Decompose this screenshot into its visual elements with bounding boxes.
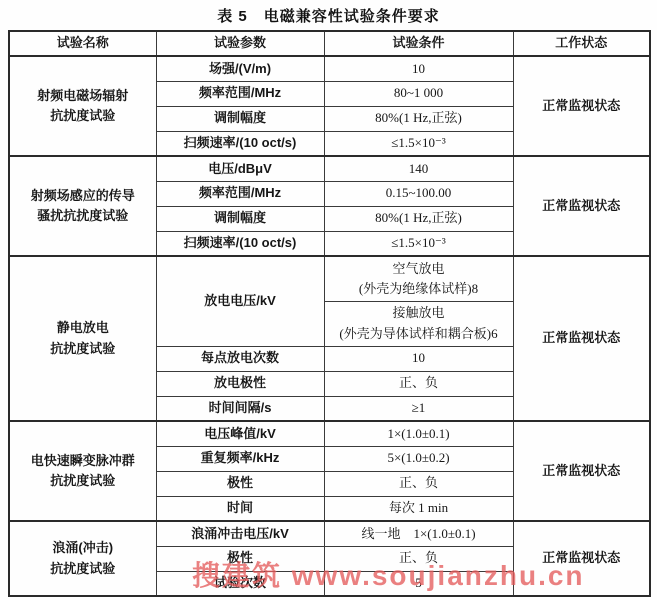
param-cell: 极性 [156, 471, 324, 496]
condition-cell: ≤1.5×10⁻³ [324, 131, 513, 156]
table-row: 电快速瞬变脉冲群 抗扰度试验 电压峰值/kV 1×(1.0±0.1) 正常监视状… [9, 421, 650, 446]
param-cell: 电压/dBμV [156, 156, 324, 181]
param-cell: 每点放电次数 [156, 346, 324, 371]
table-row: 射频场感应的传导 骚扰抗扰度试验 电压/dBμV 140 正常监视状态 [9, 156, 650, 181]
section-name-cell: 浪涌(冲击) 抗扰度试验 [9, 521, 156, 596]
status-cell: 正常监视状态 [513, 156, 650, 256]
condition-cell: 线一地 1×(1.0±0.1) [324, 521, 513, 546]
condition-cell: 1×(1.0±0.1) [324, 421, 513, 446]
status-cell: 正常监视状态 [513, 256, 650, 421]
section-name-cell: 电快速瞬变脉冲群 抗扰度试验 [9, 421, 156, 521]
condition-cell: 正、负 [324, 371, 513, 396]
condition-cell: 10 [324, 346, 513, 371]
condition-cell: 0.15~100.00 [324, 181, 513, 206]
condition-cell: 正、负 [324, 471, 513, 496]
condition-cell: 10 [324, 56, 513, 81]
param-cell: 频率范围/MHz [156, 81, 324, 106]
header-row: 试验名称 试验参数 试验条件 工作状态 [9, 31, 650, 56]
param-cell: 时间 [156, 496, 324, 521]
section-name-cell: 静电放电 抗扰度试验 [9, 256, 156, 421]
table-row: 浪涌(冲击) 抗扰度试验 浪涌冲击电压/kV 线一地 1×(1.0±0.1) 正… [9, 521, 650, 546]
condition-cell: 80~1 000 [324, 81, 513, 106]
condition-cell-air-discharge: 空气放电 (外壳为绝缘体试样)8 [324, 256, 513, 301]
section-name-cell: 射频场感应的传导 骚扰抗扰度试验 [9, 156, 156, 256]
param-cell: 扫频速率/(10 oct/s) [156, 131, 324, 156]
param-cell: 放电电压/kV [156, 256, 324, 346]
condition-cell: 140 [324, 156, 513, 181]
param-cell: 浪涌冲击电压/kV [156, 521, 324, 546]
condition-cell: 每次 1 min [324, 496, 513, 521]
table-row: 静电放电 抗扰度试验 放电电压/kV 空气放电 (外壳为绝缘体试样)8 正常监视… [9, 256, 650, 301]
table-row: 射频电磁场辐射 抗扰度试验 场强/(V/m) 10 正常监视状态 [9, 56, 650, 81]
document-page: 表 5 电磁兼容性试验条件要求 试验名称 试验参数 试验条件 工作状态 射频电磁… [0, 0, 657, 600]
param-cell: 调制幅度 [156, 106, 324, 131]
condition-cell: ≥1 [324, 396, 513, 421]
column-header-test-name: 试验名称 [9, 31, 156, 56]
column-header-test-parameter: 试验参数 [156, 31, 324, 56]
condition-cell: 5×(1.0±0.2) [324, 446, 513, 471]
status-cell: 正常监视状态 [513, 421, 650, 521]
watermark: 搜建筑 www.soujianzhu.cn [192, 554, 585, 594]
condition-cell: ≤1.5×10⁻³ [324, 231, 513, 256]
param-cell: 时间间隔/s [156, 396, 324, 421]
column-header-test-condition: 试验条件 [324, 31, 513, 56]
condition-cell: 80%(1 Hz,正弦) [324, 206, 513, 231]
param-cell: 扫频速率/(10 oct/s) [156, 231, 324, 256]
section-name-cell: 射频电磁场辐射 抗扰度试验 [9, 56, 156, 156]
condition-cell-contact-discharge: 接触放电 (外壳为导体试样和耦合板)6 [324, 301, 513, 346]
page-title: 表 5 电磁兼容性试验条件要求 [0, 5, 657, 26]
status-cell: 正常监视状态 [513, 56, 650, 156]
param-cell: 电压峰值/kV [156, 421, 324, 446]
param-cell: 场强/(V/m) [156, 56, 324, 81]
column-header-working-state: 工作状态 [513, 31, 650, 56]
emc-test-conditions-table: 试验名称 试验参数 试验条件 工作状态 射频电磁场辐射 抗扰度试验 场强/(V/… [8, 30, 651, 597]
condition-cell: 80%(1 Hz,正弦) [324, 106, 513, 131]
param-cell: 频率范围/MHz [156, 181, 324, 206]
param-cell: 放电极性 [156, 371, 324, 396]
param-cell: 调制幅度 [156, 206, 324, 231]
param-cell: 重复频率/kHz [156, 446, 324, 471]
